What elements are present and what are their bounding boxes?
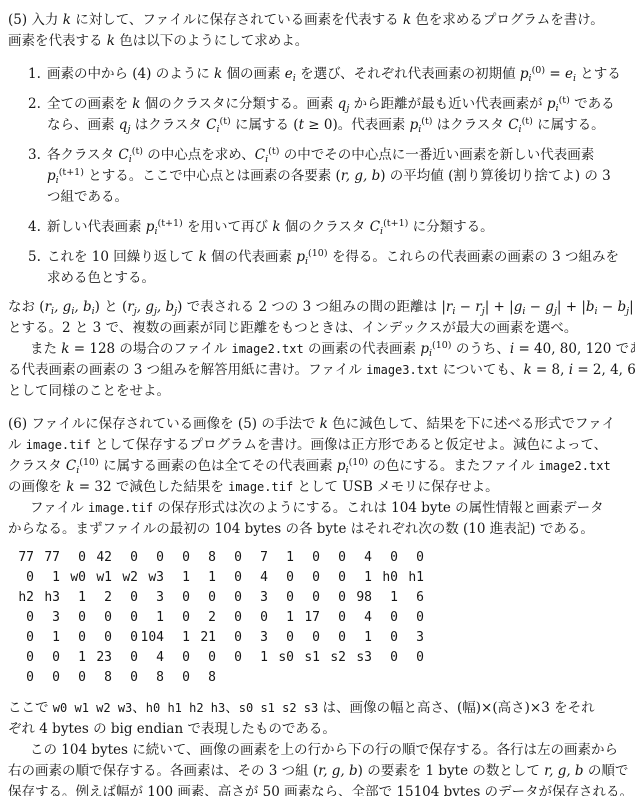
byte-cell: 0 — [268, 588, 294, 608]
text-line: ぞれ 4 bytes の big endian で表現したものである。 — [8, 719, 631, 740]
math-text: g — [145, 299, 154, 315]
body-text: 右の画素の順で保存する。各画素は、その 3 つ組 ( — [8, 763, 318, 779]
byte-cell: s2 — [320, 648, 346, 668]
body-text: (6) ファイルに保存されている画像を (5) の手法で — [8, 416, 320, 432]
byte-cell: 0 — [8, 608, 34, 628]
byte-cell: 0 — [112, 608, 138, 628]
byte-cell: 0 — [372, 648, 398, 668]
step-number: 4. — [28, 217, 41, 238]
byte-cell: 0 — [112, 628, 138, 648]
byte-cell: 8 — [86, 668, 112, 688]
body-text: ファイル — [30, 500, 88, 516]
math-text: k — [403, 12, 411, 28]
body-text: ル — [8, 437, 26, 453]
math-text: (t) — [268, 146, 279, 157]
body-text: とする。ここで中心点とは画素の各要素 ( — [84, 168, 341, 184]
body-text: 、 — [225, 700, 239, 716]
body-text: の保存形式は次のようにする。これは 104 byte の属性情報と画素データ — [153, 500, 604, 516]
byte-cell: 1 — [60, 588, 86, 608]
byte-cell: 6 — [398, 588, 424, 608]
math-text: p — [520, 66, 529, 82]
body-text: ぞれ 4 bytes の big endian で表現したものである。 — [8, 721, 336, 737]
byte-cell: 0 — [112, 548, 138, 568]
paragraph: ここで w0 w1 w2 w3、h0 h1 h2 h3、s0 s1 s2 s3 … — [8, 698, 631, 796]
text-line: pi(t+1) とする。ここで中心点とは画素の各要素 (r, g, b) の平均… — [47, 166, 631, 187]
byte-cell: 0 — [138, 548, 164, 568]
byte-cell: 0 — [372, 628, 398, 648]
byte-cell: 0 — [372, 548, 398, 568]
code-text: h0 h1 h2 h3 — [146, 701, 225, 715]
paragraph: (5) 入力 k に対して、ファイルに保存されている画素を代表する k 色を求め… — [8, 10, 631, 52]
byte-cell: 0 — [86, 628, 112, 648]
byte-cell: 0 — [398, 548, 424, 568]
byte-cell: 0 — [268, 628, 294, 648]
byte-cell: 0 — [216, 648, 242, 668]
byte-cell: 98 — [346, 588, 372, 608]
math-text: C — [255, 147, 265, 163]
math-text: , — [54, 299, 63, 315]
code-text: image2.txt — [538, 459, 610, 473]
byte-cell: 0 — [190, 588, 216, 608]
math-text: (t) — [219, 116, 230, 127]
body-text: の中でその中心点に一番近い画素を新しい代表画素 — [279, 147, 594, 163]
text-line: からなる。まずファイルの最初の 104 bytes の各 byte はそれぞれ次… — [8, 519, 631, 540]
byte-row: 01w0w1w2w311040001h0h1 — [8, 568, 631, 588]
math-text: C — [206, 117, 216, 133]
byte-cell: 0 — [268, 568, 294, 588]
text-line: 画素を代表する k 色は以下のようにして求めよ。 — [8, 31, 631, 52]
byte-cell: 23 — [86, 648, 112, 668]
text-line: これを 10 回繰り返して k 個の代表画素 pi(10) を得る。これらの代表… — [47, 247, 631, 268]
list-item-5: 5.これを 10 回繰り返して k 個の代表画素 pi(10) を得る。これらの… — [47, 247, 631, 289]
step-number: 3. — [28, 145, 41, 166]
byte-cell: 1 — [164, 628, 190, 648]
math-text: b — [83, 299, 92, 315]
byte-cell: 1 — [372, 588, 398, 608]
text-line: また k = 128 の場合のファイル image2.txt の画素の代表画素 … — [8, 339, 631, 360]
body-text: = 40, 80, 120 であ — [514, 341, 635, 357]
body-text: に対して、ファイルに保存されている画素を代表する — [71, 12, 403, 28]
byte-cell: 77 — [8, 548, 34, 568]
byte-cell: w1 — [86, 568, 112, 588]
body-text: (5) 入力 — [8, 12, 63, 28]
byte-cell: 0 — [190, 648, 216, 668]
math-text: (0) — [532, 65, 545, 76]
byte-row: 00080808 — [8, 668, 631, 688]
body-text: これを 10 回繰り返して — [47, 249, 199, 265]
math-text: k — [523, 362, 531, 378]
byte-cell: 2 — [86, 588, 112, 608]
body-text: のうち、 — [452, 341, 510, 357]
text-line: ここで w0 w1 w2 w3、h0 h1 h2 h3、s0 s1 s2 s3 … — [8, 698, 631, 719]
byte-cell: 1 — [60, 648, 86, 668]
byte-cell: 0 — [60, 608, 86, 628]
body-text: = 8, — [532, 362, 569, 378]
byte-cell: w3 — [138, 568, 164, 588]
body-text: に分類する。 — [408, 219, 493, 235]
byte-cell: 0 — [398, 648, 424, 668]
math-text: (10) — [349, 457, 369, 468]
math-text: − g — [525, 299, 554, 315]
math-text: k — [214, 66, 222, 82]
math-text: − r — [455, 299, 481, 315]
byte-cell: 0 — [8, 628, 34, 648]
byte-cell: 0 — [86, 608, 112, 628]
list-item-2: 2.全ての画素を k 個のクラスタに分類する。画素 qj から距離が最も近い代表… — [47, 94, 631, 136]
body-text: = 128 の場合のファイル — [69, 341, 231, 357]
byte-cell: 3 — [242, 628, 268, 648]
byte-row: 0100010412103000103 — [8, 628, 631, 648]
byte-cell: 1 — [346, 568, 372, 588]
byte-cell: 0 — [112, 588, 138, 608]
byte-cell: 0 — [112, 668, 138, 688]
text-line: なお (ri, gi, bi) と (rj, gj, bj) で表される 2 つ… — [8, 297, 631, 318]
text-line: この 104 bytes に続いて、画像の画素を上の行から下の行の順で保存する。… — [8, 740, 631, 761]
body-text: 色に減色して、結果を下に述べる形式でファイ — [328, 416, 615, 432]
byte-cell: 1 — [268, 548, 294, 568]
body-text: クラスタ — [8, 458, 66, 474]
math-text: C — [508, 117, 518, 133]
code-text: image2.txt — [231, 342, 303, 356]
body-text: また — [30, 341, 61, 357]
text-line: つ組である。 — [47, 187, 631, 208]
body-text: はクラスタ — [433, 117, 509, 133]
byte-cell: 104 — [138, 628, 164, 648]
body-text: 、 — [132, 700, 146, 716]
byte-cell: 0 — [164, 608, 190, 628]
body-text: 画素を代表する — [8, 33, 107, 49]
math-text: k — [320, 416, 328, 432]
paragraph: なお (ri, gi, bi) と (rj, gj, bj) で表される 2 つ… — [8, 297, 631, 402]
math-text: | — [629, 299, 634, 315]
body-text: ≥ 0)。代表画素 — [304, 117, 410, 133]
byte-cell: 42 — [86, 548, 112, 568]
byte-cell: 8 — [190, 548, 216, 568]
body-text: 個のクラスタに分類する。画素 — [140, 96, 337, 112]
byte-cell: 0 — [398, 608, 424, 628]
body-text: の画素の代表画素 — [304, 341, 421, 357]
byte-cell: 1 — [138, 608, 164, 628]
body-text: 求める色とする。 — [47, 270, 155, 286]
step-number: 5. — [28, 247, 41, 268]
body-text: この 104 bytes に続いて、画像の画素を上の行から下の行の順で保存する。… — [30, 742, 618, 758]
byte-cell: 0 — [216, 568, 242, 588]
body-text: 保存する。例えば幅が 100 画素、高さが 50 画素なら、全部で 15104 … — [8, 784, 633, 796]
text-line: の画像を k = 32 で減色した結果を image.tif として USB メ… — [8, 477, 631, 498]
body-text: の中心点を求め、 — [143, 147, 255, 163]
byte-cell: 0 — [294, 568, 320, 588]
byte-cell: 0 — [216, 548, 242, 568]
body-text: 個の代表画素 — [207, 249, 297, 265]
body-text: に属する。 — [533, 117, 605, 133]
math-text: | + |b — [557, 299, 595, 315]
byte-cell: 0 — [216, 628, 242, 648]
byte-cell: 3 — [242, 588, 268, 608]
body-text: の順で — [584, 763, 629, 779]
byte-cell: 1 — [34, 568, 60, 588]
body-text: とする。2 と 3 で、複数の画素が同じ距離をもつときは、インデックスが最大の画… — [8, 320, 577, 336]
text-line: 新しい代表画素 pi(t+1) を用いて再び k 個のクラスタ Ci(t+1) … — [47, 217, 631, 238]
body-text: = — [545, 66, 565, 82]
body-text: 新しい代表画素 — [47, 219, 146, 235]
math-text: k — [107, 33, 115, 49]
byte-cell: 0 — [242, 608, 268, 628]
body-text: 個の画素 — [222, 66, 285, 82]
math-text: k — [63, 12, 71, 28]
text-line: (6) ファイルに保存されている画像を (5) の手法で k 色に減色して、結果… — [8, 414, 631, 435]
math-text: r, g, b — [341, 168, 380, 184]
byte-cell: 0 — [164, 588, 190, 608]
math-text: C — [370, 219, 380, 235]
byte-cell: 8 — [138, 668, 164, 688]
math-text: p — [410, 117, 419, 133]
body-text: つ組である。 — [47, 189, 128, 205]
byte-cell: 0 — [294, 628, 320, 648]
byte-cell: 1 — [242, 648, 268, 668]
math-text: p — [337, 458, 346, 474]
byte-cell: 0 — [164, 548, 190, 568]
text-line: として同様のことをせよ。 — [8, 381, 631, 402]
byte-cell: 21 — [190, 628, 216, 648]
body-text: ) で表される 2 つの 3 つ組みの間の距離は — [177, 299, 441, 315]
byte-cell: 0 — [372, 608, 398, 628]
code-text: image.tif — [88, 501, 153, 515]
text-line: 右の画素の順で保存する。各画素は、その 3 つ組 (r, g, b) の要素を … — [8, 761, 631, 782]
text-line: 保存する。例えば幅が 100 画素、高さが 50 画素なら、全部で 15104 … — [8, 782, 631, 796]
code-text: image3.txt — [366, 363, 438, 377]
byte-cell: 0 — [60, 628, 86, 648]
text-line: 全ての画素を k 個のクラスタに分類する。画素 qj から距離が最も近い代表画素… — [47, 94, 631, 115]
body-text: に属する画素の色は全てその代表画素 — [99, 458, 337, 474]
byte-cell: 17 — [294, 608, 320, 628]
byte-cell: 0 — [34, 668, 60, 688]
math-text: C — [118, 147, 128, 163]
body-text: を選び、それぞれ代表画素の初期値 — [296, 66, 520, 82]
body-text: に属する ( — [231, 117, 299, 133]
byte-cell: 77 — [34, 548, 60, 568]
math-text: , — [74, 299, 83, 315]
body-text: ) の平均値 (割り算後切り捨てよ) の 3 — [380, 168, 611, 184]
byte-cell: 0 — [320, 608, 346, 628]
byte-cell: 0 — [216, 608, 242, 628]
byte-row: h2h3120300030009816 — [8, 588, 631, 608]
math-text: | + |g — [485, 299, 523, 315]
byte-cell: s3 — [346, 648, 372, 668]
text-line: ファイル image.tif の保存形式は次のようにする。これは 104 byt… — [8, 498, 631, 519]
byte-cell: 0 — [320, 568, 346, 588]
byte-row: 7777042000807100400 — [8, 548, 631, 568]
byte-cell: 1 — [34, 628, 60, 648]
math-text: (10) — [308, 248, 328, 259]
math-text: r, g, b — [544, 763, 583, 779]
body-text: から距離が最も近い代表画素が — [349, 96, 547, 112]
body-text: ) と ( — [95, 299, 128, 315]
byte-cell: s0 — [268, 648, 294, 668]
body-text: の画像を — [8, 479, 66, 495]
text-line: る代表画素の画素の 3 つ組みを解答用紙に書け。ファイル image3.txt … — [8, 360, 631, 381]
body-text: 画素の中から (4) のように — [47, 66, 214, 82]
document-page: (5) 入力 k に対して、ファイルに保存されている画素を代表する k 色を求め… — [0, 0, 635, 796]
text-line: 画素の中から (4) のように k 個の画素 ei を選び、それぞれ代表画素の初… — [47, 64, 631, 85]
list-item-1: 1.画素の中から (4) のように k 個の画素 ei を選び、それぞれ代表画素… — [47, 64, 631, 85]
byte-cell: 0 — [164, 648, 190, 668]
byte-cell: 4 — [138, 648, 164, 668]
body-text: の色にする。またファイル — [368, 458, 538, 474]
text-line: ル image.tif として保存するプログラムを書け。画像は正方形であると仮定… — [8, 435, 631, 456]
math-text: (t) — [421, 116, 432, 127]
byte-cell: 4 — [242, 568, 268, 588]
body-text: = 2, 4, 6 — [573, 362, 635, 378]
body-text: として USB メモリに保存せよ。 — [293, 479, 498, 495]
math-text: − b — [598, 299, 627, 315]
paragraph: (6) ファイルに保存されている画像を (5) の手法で k 色に減色して、結果… — [8, 414, 631, 540]
text-line: とする。2 と 3 で、複数の画素が同じ距離をもつときは、インデックスが最大の画… — [8, 318, 631, 339]
byte-row: 00123040001s0s1s2s300 — [8, 648, 631, 668]
body-text: なら、画素 — [47, 117, 119, 133]
code-text: image.tif — [26, 438, 91, 452]
byte-cell: 1 — [190, 568, 216, 588]
list-item-4: 4.新しい代表画素 pi(t+1) を用いて再び k 個のクラスタ Ci(t+1… — [47, 217, 631, 238]
math-text: k — [199, 249, 207, 265]
byte-cell: 4 — [346, 608, 372, 628]
code-text: s0 s1 s2 s3 — [239, 701, 318, 715]
text-line: クラスタ Ci(10) に属する画素の色は全てその代表画素 pi(10) の色に… — [8, 456, 631, 477]
byte-cell: w2 — [112, 568, 138, 588]
math-text: (10) — [432, 340, 452, 351]
math-text: C — [66, 458, 76, 474]
math-text: , — [157, 299, 166, 315]
body-text: 個のクラスタ — [281, 219, 370, 235]
math-text: e — [285, 66, 293, 82]
code-text: image.tif — [228, 480, 293, 494]
list-item-3: 3.各クラスタ Ci(t) の中心点を求め、Ci(t) の中でその中心点に一番近… — [47, 145, 631, 208]
math-text: b — [166, 299, 175, 315]
body-text: からなる。まずファイルの最初の 104 bytes の各 byte はそれぞれ次… — [8, 521, 594, 537]
byte-cell: 1 — [268, 608, 294, 628]
body-text: 色は以下のようにして求めよ。 — [115, 33, 308, 49]
byte-cell: 0 — [112, 648, 138, 668]
body-text: についても、 — [438, 362, 523, 378]
byte-cell: 0 — [294, 588, 320, 608]
body-text: として保存するプログラムを書け。画像は正方形であると仮定せよ。減色によって、 — [91, 437, 607, 453]
byte-cell: 0 — [8, 568, 34, 588]
byte-cell: 0 — [294, 548, 320, 568]
byte-cell: 0 — [60, 668, 86, 688]
byte-cell: 0 — [320, 628, 346, 648]
body-text: はクラスタ — [130, 117, 206, 133]
body-text: ここで — [8, 700, 53, 716]
text-line: 求める色とする。 — [47, 268, 631, 289]
byte-cell: h1 — [398, 568, 424, 588]
body-text: 全ての画素を — [47, 96, 132, 112]
text-line: (5) 入力 k に対して、ファイルに保存されている画素を代表する k 色を求め… — [8, 10, 631, 31]
step-number: 1. — [28, 64, 41, 85]
math-text: e — [565, 66, 573, 82]
byte-cell: 8 — [190, 668, 216, 688]
byte-cell: h2 — [8, 588, 34, 608]
byte-cell: 3 — [34, 608, 60, 628]
body-text: を得る。これらの代表画素の画素の 3 つ組みを — [328, 249, 619, 265]
byte-cell: 0 — [8, 648, 34, 668]
byte-cell: 3 — [398, 628, 424, 648]
body-text: として同様のことをせよ。 — [8, 383, 170, 399]
byte-cell: 3 — [138, 588, 164, 608]
math-text: (t+1) — [59, 167, 84, 178]
body-text: 色を求めるプログラムを書け。 — [411, 12, 604, 28]
math-text: r, g, b — [318, 763, 357, 779]
body-text: = 32 で減色した結果を — [74, 479, 228, 495]
body-text: とする — [576, 66, 621, 82]
body-text: を用いて再び — [183, 219, 273, 235]
body-text: 各クラスタ — [47, 147, 118, 163]
byte-cell: 0 — [8, 668, 34, 688]
body-text: ) の要素を 1 byte の数として — [358, 763, 545, 779]
math-text: (10) — [79, 457, 99, 468]
byte-cell: 2 — [190, 608, 216, 628]
text-line: 各クラスタ Ci(t) の中心点を求め、Ci(t) の中でその中心点に一番近い画… — [47, 145, 631, 166]
byte-cell: 0 — [320, 588, 346, 608]
math-text: p — [547, 96, 556, 112]
body-text: る代表画素の画素の 3 つ組みを解答用紙に書け。ファイル — [8, 362, 366, 378]
math-text: (t) — [132, 146, 143, 157]
math-text: p — [420, 341, 429, 357]
math-text: (t) — [522, 116, 533, 127]
code-text: w0 w1 w2 w3 — [53, 701, 132, 715]
byte-row: 03000102001170400 — [8, 608, 631, 628]
byte-cell: 1 — [164, 568, 190, 588]
math-text: k — [272, 219, 280, 235]
byte-cell: 0 — [34, 648, 60, 668]
byte-cell: s1 — [294, 648, 320, 668]
byte-table: 777704200080710040001w0w1w2w311040001h0h… — [8, 548, 631, 688]
byte-cell: 0 — [60, 548, 86, 568]
math-text: p — [296, 249, 305, 265]
byte-cell: h3 — [34, 588, 60, 608]
body-text: は、画像の幅と高さ、(幅)×(高さ)×3 をそれ — [318, 700, 594, 716]
body-text: なお ( — [8, 299, 45, 315]
math-text: (t+1) — [158, 218, 183, 229]
byte-cell: 4 — [346, 548, 372, 568]
text-line: なら、画素 qj はクラスタ Ci(t) に属する (t ≥ 0)。代表画素 p… — [47, 115, 631, 136]
byte-cell: 0 — [164, 668, 190, 688]
math-text: p — [47, 168, 56, 184]
byte-cell: 7 — [242, 548, 268, 568]
byte-cell: 1 — [346, 628, 372, 648]
byte-cell: w0 — [60, 568, 86, 588]
byte-cell: h0 — [372, 568, 398, 588]
math-text: |r — [441, 299, 452, 315]
step-number: 2. — [28, 94, 41, 115]
math-text: (t) — [559, 95, 570, 106]
body-text: である — [570, 96, 615, 112]
byte-cell: 0 — [216, 588, 242, 608]
byte-cell: 0 — [320, 548, 346, 568]
math-text: (t+1) — [383, 218, 408, 229]
